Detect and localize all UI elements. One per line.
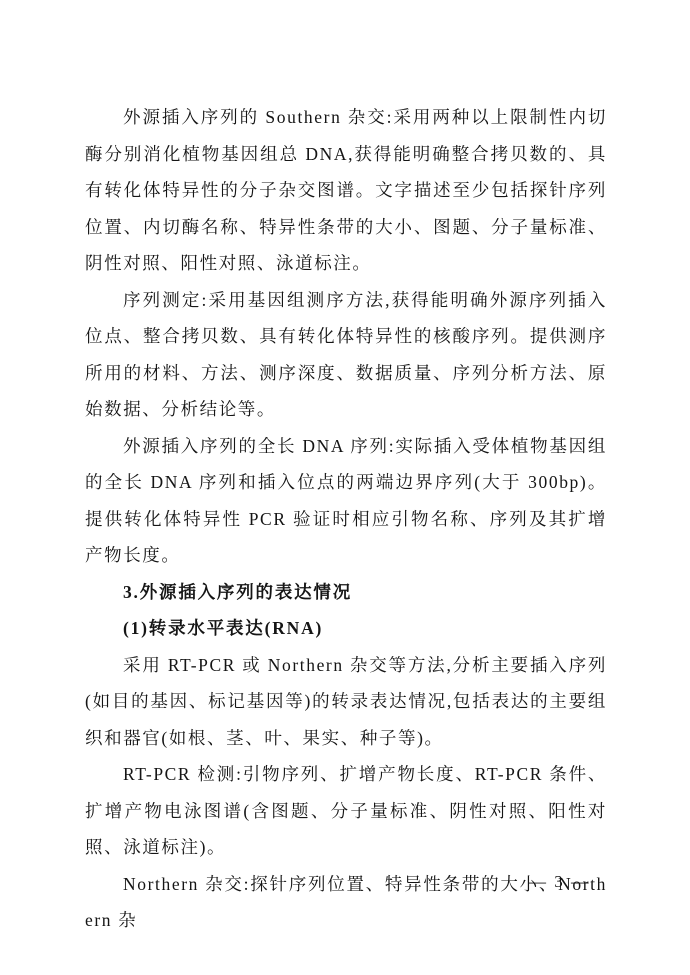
paragraph-full-length-dna: 外源插入序列的全长 DNA 序列:实际插入受体植物基因组的全长 DNA 序列和插… bbox=[85, 428, 607, 574]
heading-rna-transcription-level: (1)转录水平表达(RNA) bbox=[85, 610, 607, 647]
heading-section-3-expression: 3.外源插入序列的表达情况 bbox=[85, 574, 607, 611]
document-page: 外源插入序列的 Southern 杂交:采用两种以上限制性内切酶分别消化植物基因… bbox=[0, 0, 690, 975]
paragraph-sequence-determination: 序列测定:采用基因组测序方法,获得能明确外源序列插入位点、整合拷贝数、具有转化体… bbox=[85, 282, 607, 428]
paragraph-rt-pcr-detection: RT-PCR 检测:引物序列、扩增产物长度、RT-PCR 条件、扩增产物电泳图谱… bbox=[85, 756, 607, 866]
page-number: — 3 — bbox=[529, 872, 590, 891]
page-footer: — 3 — bbox=[529, 872, 590, 892]
paragraph-rt-pcr-northern-methods: 采用 RT-PCR 或 Northern 杂交等方法,分析主要插入序列(如目的基… bbox=[85, 647, 607, 757]
document-body: 外源插入序列的 Southern 杂交:采用两种以上限制性内切酶分别消化植物基因… bbox=[85, 99, 607, 939]
paragraph-southern-hybridization: 外源插入序列的 Southern 杂交:采用两种以上限制性内切酶分别消化植物基因… bbox=[85, 99, 607, 282]
